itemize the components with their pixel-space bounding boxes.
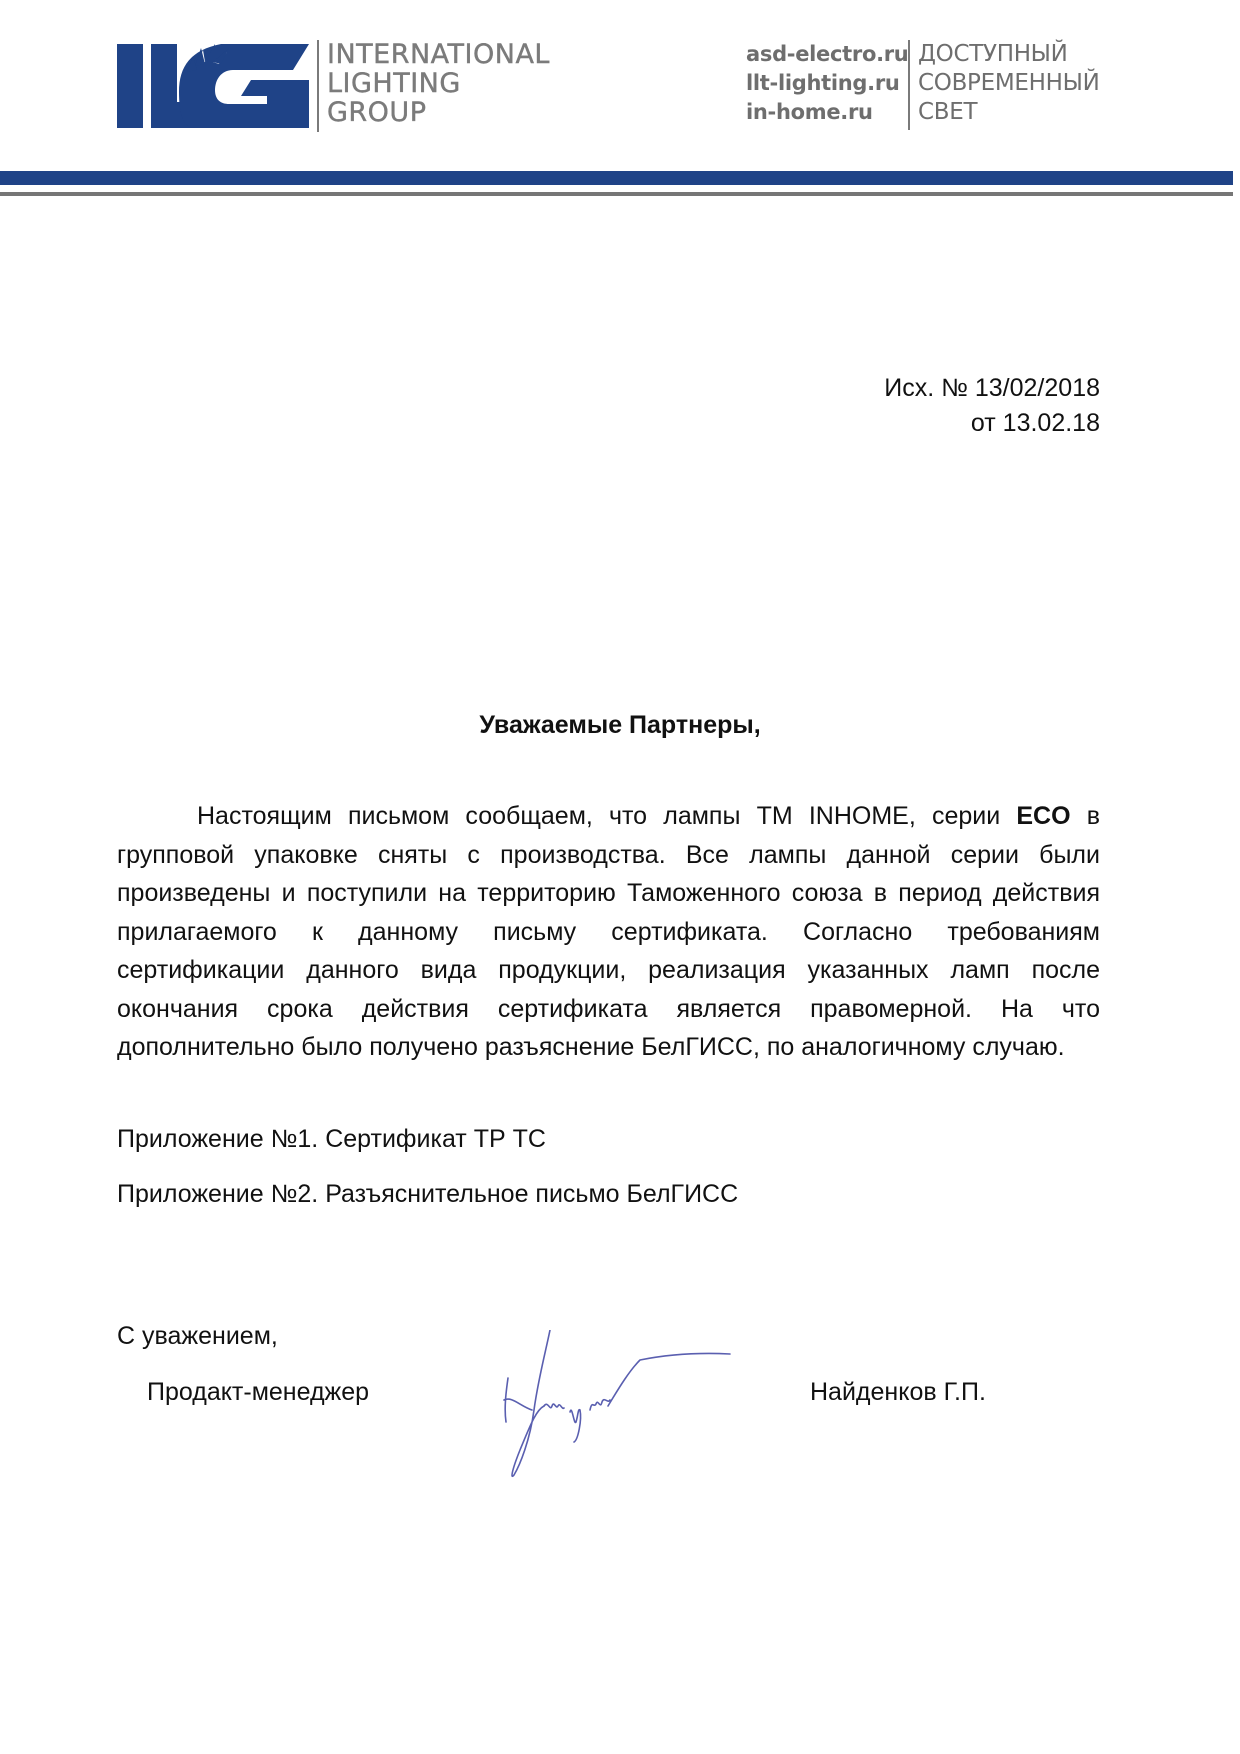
series-name: ECO — [1016, 802, 1070, 830]
body-text-rest: в групповой упаковке сняты с производств… — [117, 802, 1100, 1061]
website-asd-electro: asd-electro.ru — [746, 40, 908, 69]
slogan: ДОСТУПНЫЙ СОВРЕМЕННЫЙ СВЕТ — [918, 40, 1100, 127]
signer-position: Продакт-менеджер — [147, 1378, 369, 1407]
slogan-line-3: СВЕТ — [918, 98, 1100, 127]
header-band-gray — [0, 192, 1233, 196]
attachment-2: Приложение №2. Разъяснительное письмо Бе… — [117, 1180, 738, 1209]
company-name-line-1: INTERNATIONAL — [327, 40, 550, 69]
body-paragraph: Настоящим письмом сообщаем, что лампы ТМ… — [117, 797, 1100, 1067]
outgoing-reference: Исх. № 13/02/2018 от 13.02.18 — [884, 371, 1100, 441]
handwritten-signature — [490, 1330, 780, 1480]
attachment-1: Приложение №1. Сертификат ТР ТС — [117, 1125, 546, 1154]
reference-number: Исх. № 13/02/2018 — [884, 371, 1100, 406]
website-list: asd-electro.ru llt-lighting.ru in-home.r… — [746, 40, 908, 127]
slogan-line-1: ДОСТУПНЫЙ — [918, 40, 1100, 69]
website-llt-lighting: llt-lighting.ru — [746, 69, 908, 98]
letter-body: Настоящим письмом сообщаем, что лампы ТМ… — [117, 797, 1100, 1067]
header-band-blue — [0, 171, 1233, 185]
website-in-home: in-home.ru — [746, 98, 908, 127]
company-name-line-2: LIGHTING — [327, 69, 550, 98]
body-text-start: Настоящим письмом сообщаем, что лампы ТМ… — [197, 802, 1016, 830]
ilg-logo-mark — [117, 44, 309, 128]
logo-divider — [317, 40, 319, 132]
company-name-line-3: GROUP — [327, 98, 550, 127]
greeting: Уважаемые Партнеры, — [0, 711, 1240, 740]
sites-divider — [908, 40, 910, 130]
company-name: INTERNATIONAL LIGHTING GROUP — [327, 40, 550, 127]
signer-name: Найденков Г.П. — [810, 1378, 986, 1407]
closing: С уважением, — [117, 1322, 278, 1351]
slogan-line-2: СОВРЕМЕННЫЙ — [918, 69, 1100, 98]
reference-date: от 13.02.18 — [884, 406, 1100, 441]
